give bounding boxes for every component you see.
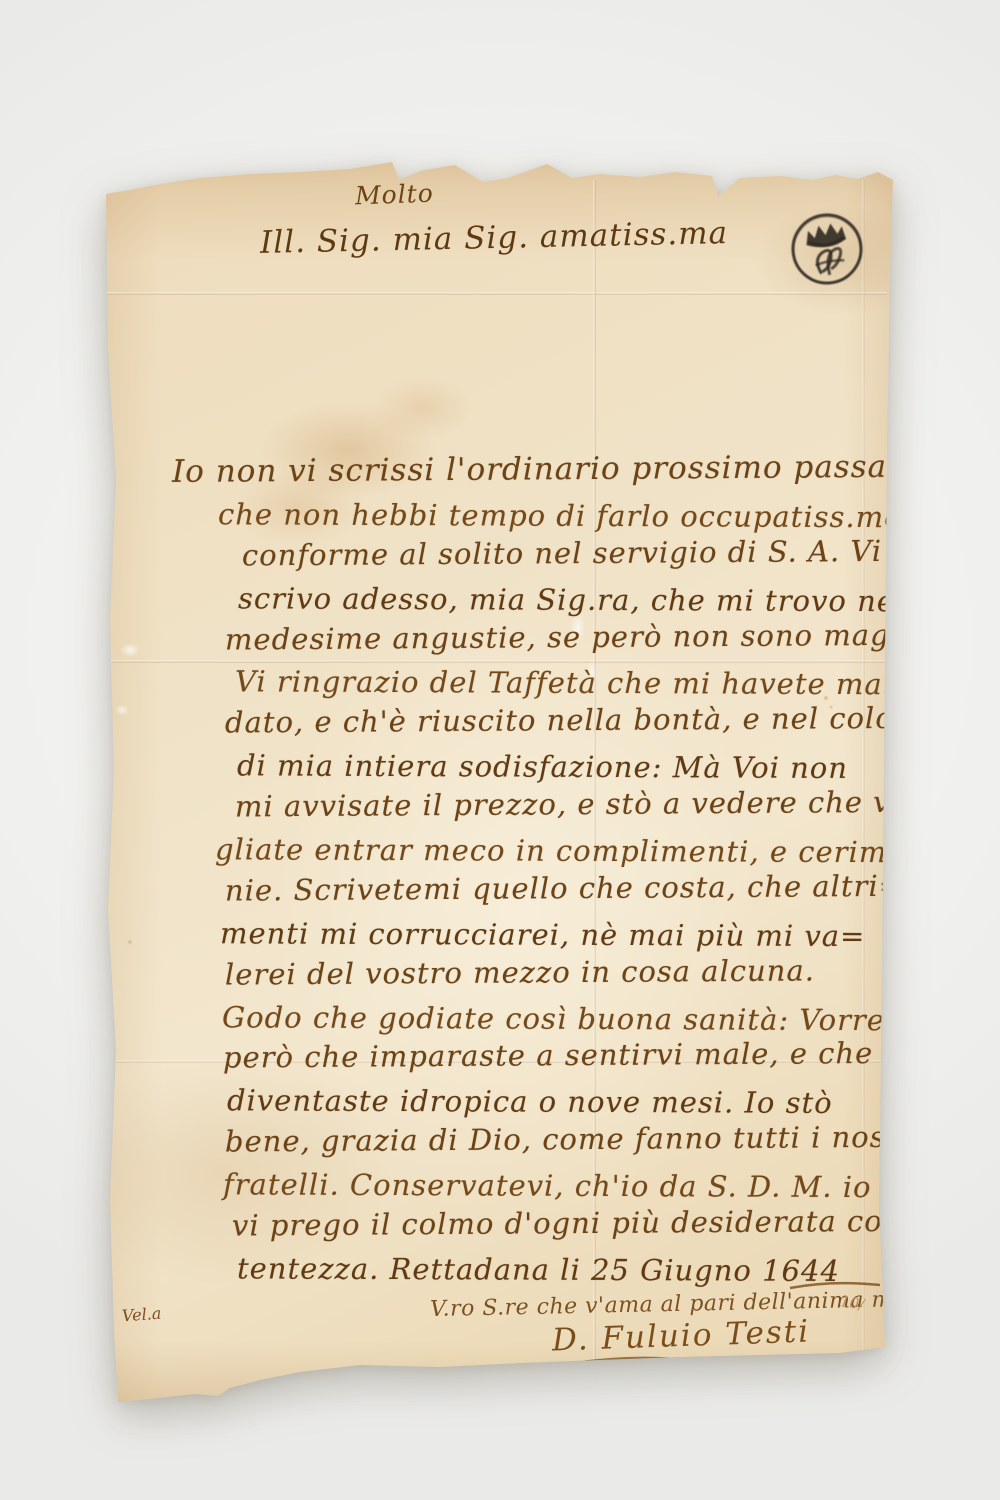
letter-header-line1: Molto xyxy=(355,179,435,211)
pencil-page-number: 10/ xyxy=(839,1292,866,1314)
letter-paper: Molto Ill. Sig. mia Sig. amatiss.ma Io n… xyxy=(100,150,895,1405)
fold-crease-horizontal xyxy=(106,292,887,295)
letter-line: conforme al solito nel servigio di S. A.… xyxy=(158,531,868,578)
letter-line: però che imparaste a sentirvi male, e ch… xyxy=(158,1034,868,1081)
letter-line: dato, e ch'è riuscito nella bontà, e nel… xyxy=(158,698,868,745)
crown-monogram-stamp xyxy=(784,206,870,292)
letter-body: Io non vi scrissi l'ordinario prossimo p… xyxy=(158,452,868,1290)
archival-note: Vel.a xyxy=(121,1304,162,1326)
signature: D. Fuluio Testi xyxy=(551,1314,810,1359)
letter-line: bene, grazia di Dio, come fanno tutti i … xyxy=(158,1117,868,1164)
letter-line: vi prego il colmo d'ogni più desiderata … xyxy=(158,1201,868,1248)
paper-sheet: Molto Ill. Sig. mia Sig. amatiss.ma Io n… xyxy=(100,150,895,1405)
letter-line: medesime angustie, se però non sono magg… xyxy=(158,615,868,662)
stamp-graphic xyxy=(784,206,870,292)
letter-line: lerei del vostro mezzo in cosa alcuna. xyxy=(158,950,868,997)
letter-line: Io non vi scrissi l'ordinario prossimo p… xyxy=(158,447,868,494)
letter-header-line2: Ill. Sig. mia Sig. amatiss.ma xyxy=(260,215,729,261)
letter-line: mi avvisate il prezzo, e stò a vedere ch… xyxy=(158,782,868,829)
letter-line: nie. Scrivetemi quello che costa, che al… xyxy=(158,866,868,913)
letter-line: tentezza. Rettadana li 25 Giugno 1644 xyxy=(158,1248,868,1293)
